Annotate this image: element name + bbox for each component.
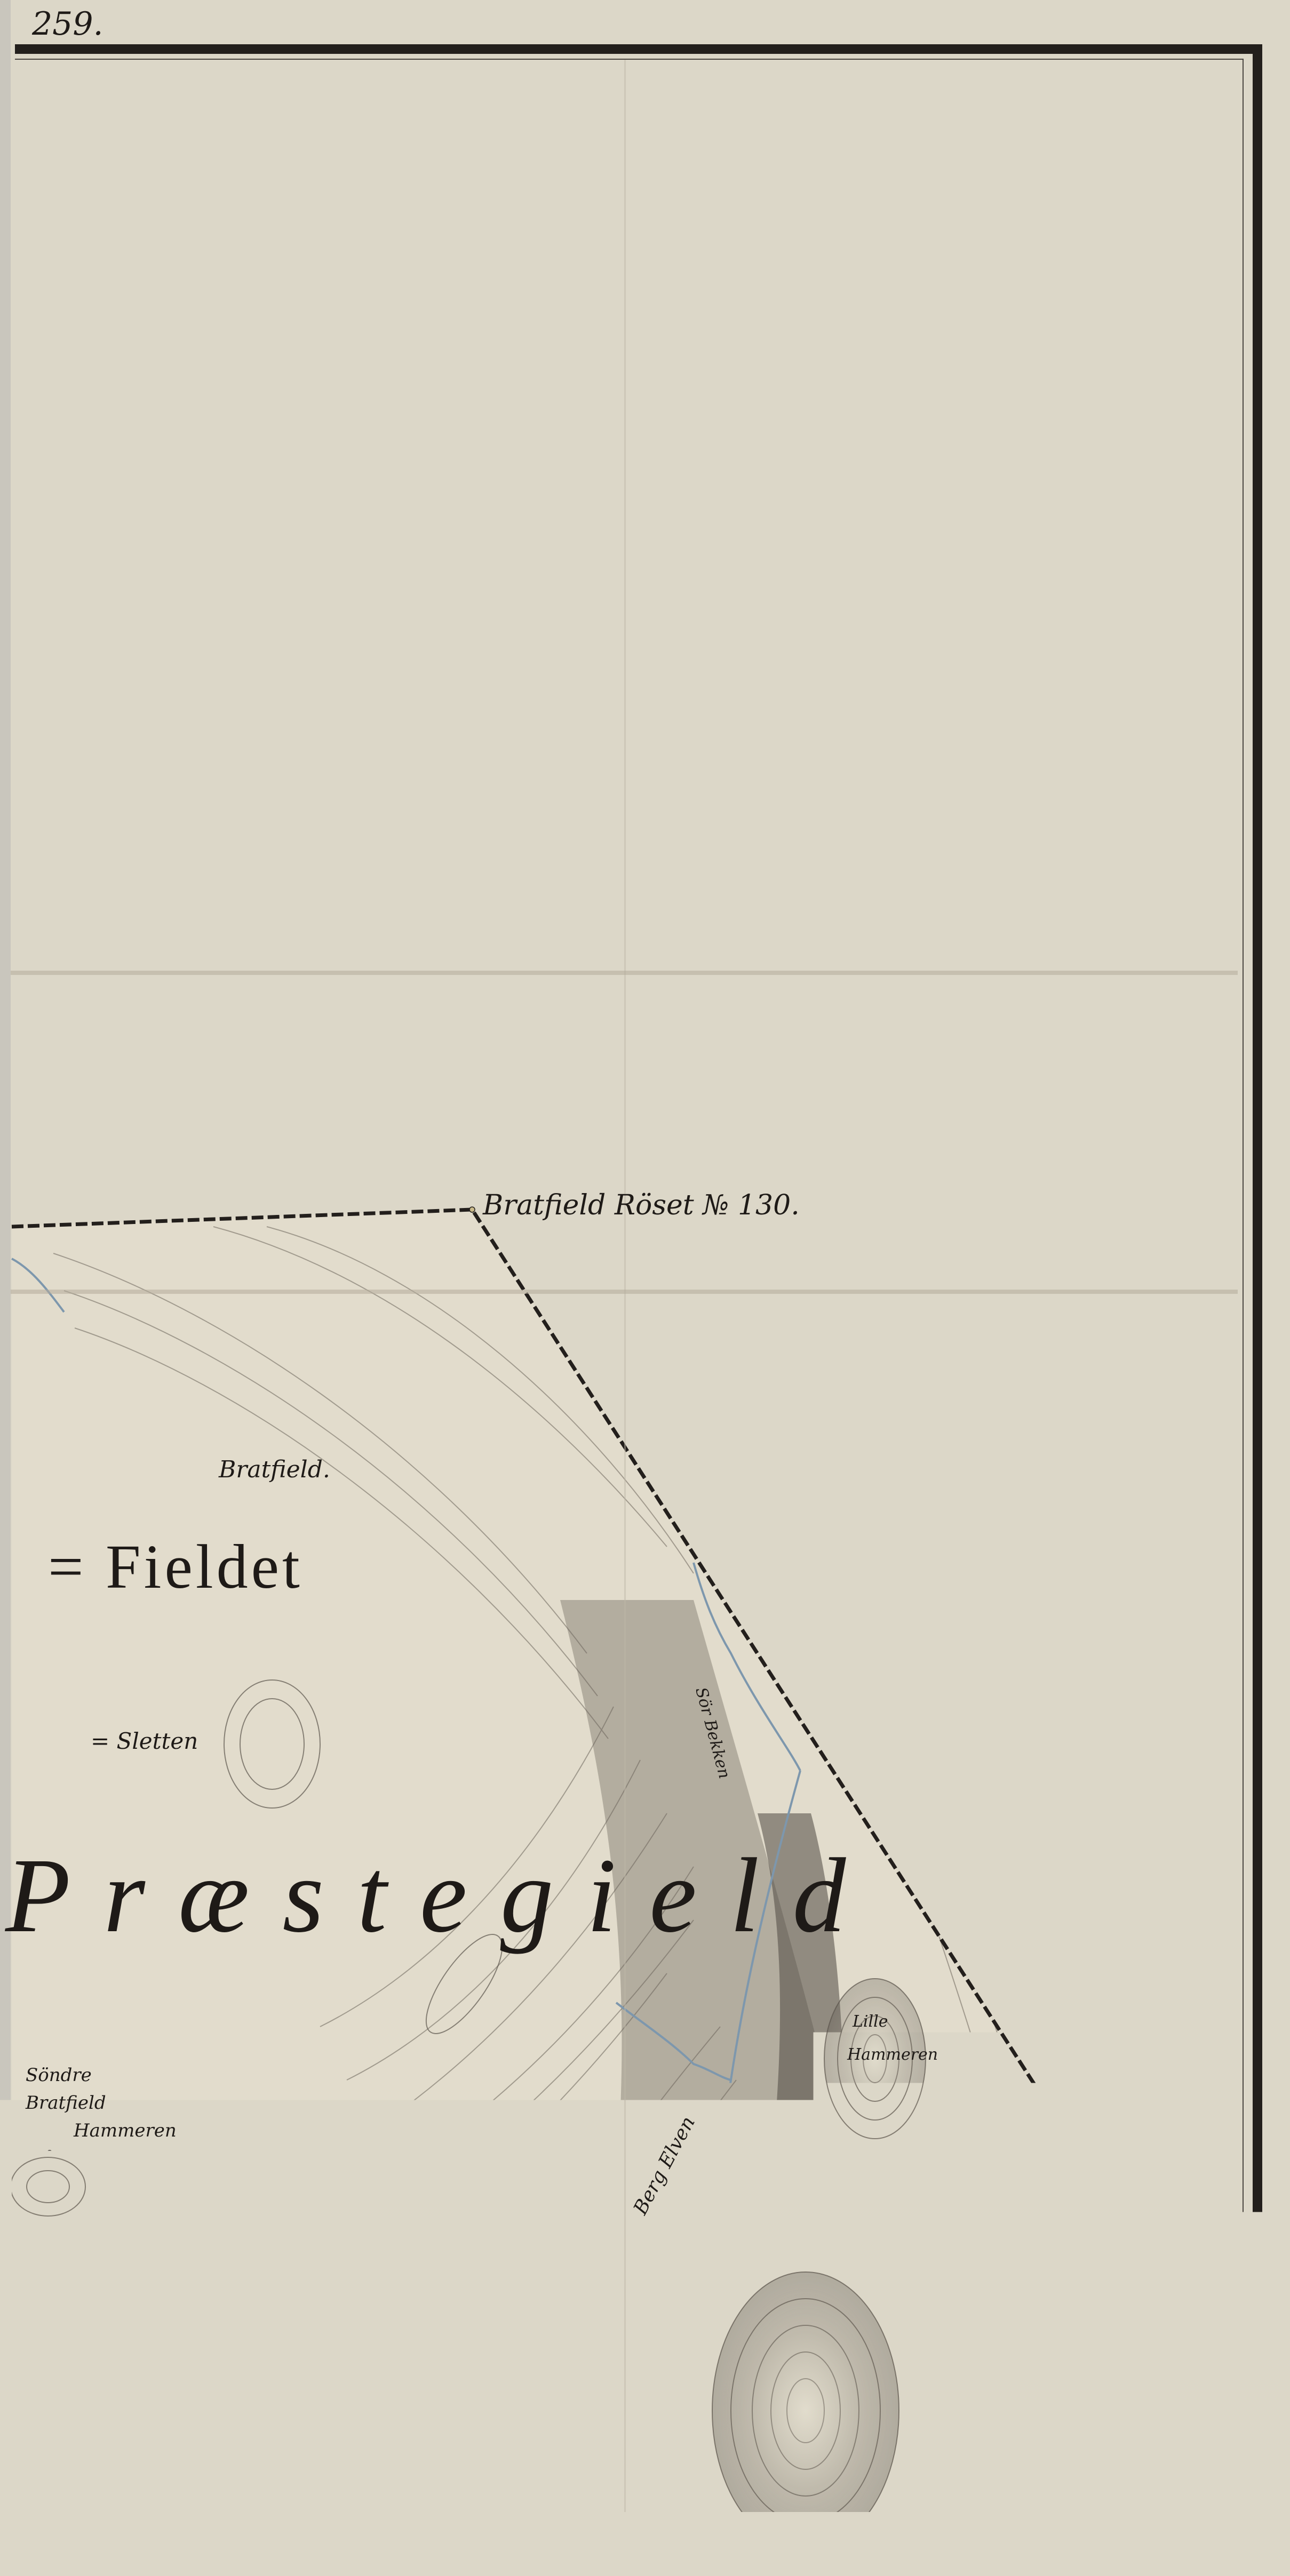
map-frame-inner [15, 59, 1244, 2515]
place-label-sondre-bratfield-hammeren: Söndre Bratfield Hammeren [26, 2061, 177, 2145]
place-label-stor-hammeren: Stor Hammeren [782, 2347, 872, 2443]
label-line: Stor [782, 2347, 872, 2395]
place-label-lille-hammeren: Lille Hammeren [847, 2005, 938, 2071]
sheet-number: 259. [32, 5, 103, 43]
surveyor-signature: Opmaalt og tegnet 1803 af Joh. H. Ramm [859, 2536, 1290, 2562]
place-label-sletten: = Sletten [91, 1728, 198, 1754]
place-label-fieldet: = Fieldet [48, 1531, 303, 1603]
place-label-bratfield: Bratfield. [219, 1456, 330, 1483]
label-line: Hammeren [847, 2038, 938, 2071]
boundary-marker-label: Bratfield Röset № 130. [483, 1189, 800, 1221]
place-label-storhammer-floyen: Storhammer. Flöyen [976, 2416, 1174, 2438]
label-line: Bratfield [26, 2089, 177, 2117]
label-line: Söndre [26, 2061, 177, 2089]
region-label-praestegield: Præstegield [5, 1835, 879, 1957]
label-line: Hammeren [782, 2395, 872, 2443]
label-line: Lille [847, 2005, 938, 2038]
label-line: Hammeren [26, 2117, 177, 2145]
